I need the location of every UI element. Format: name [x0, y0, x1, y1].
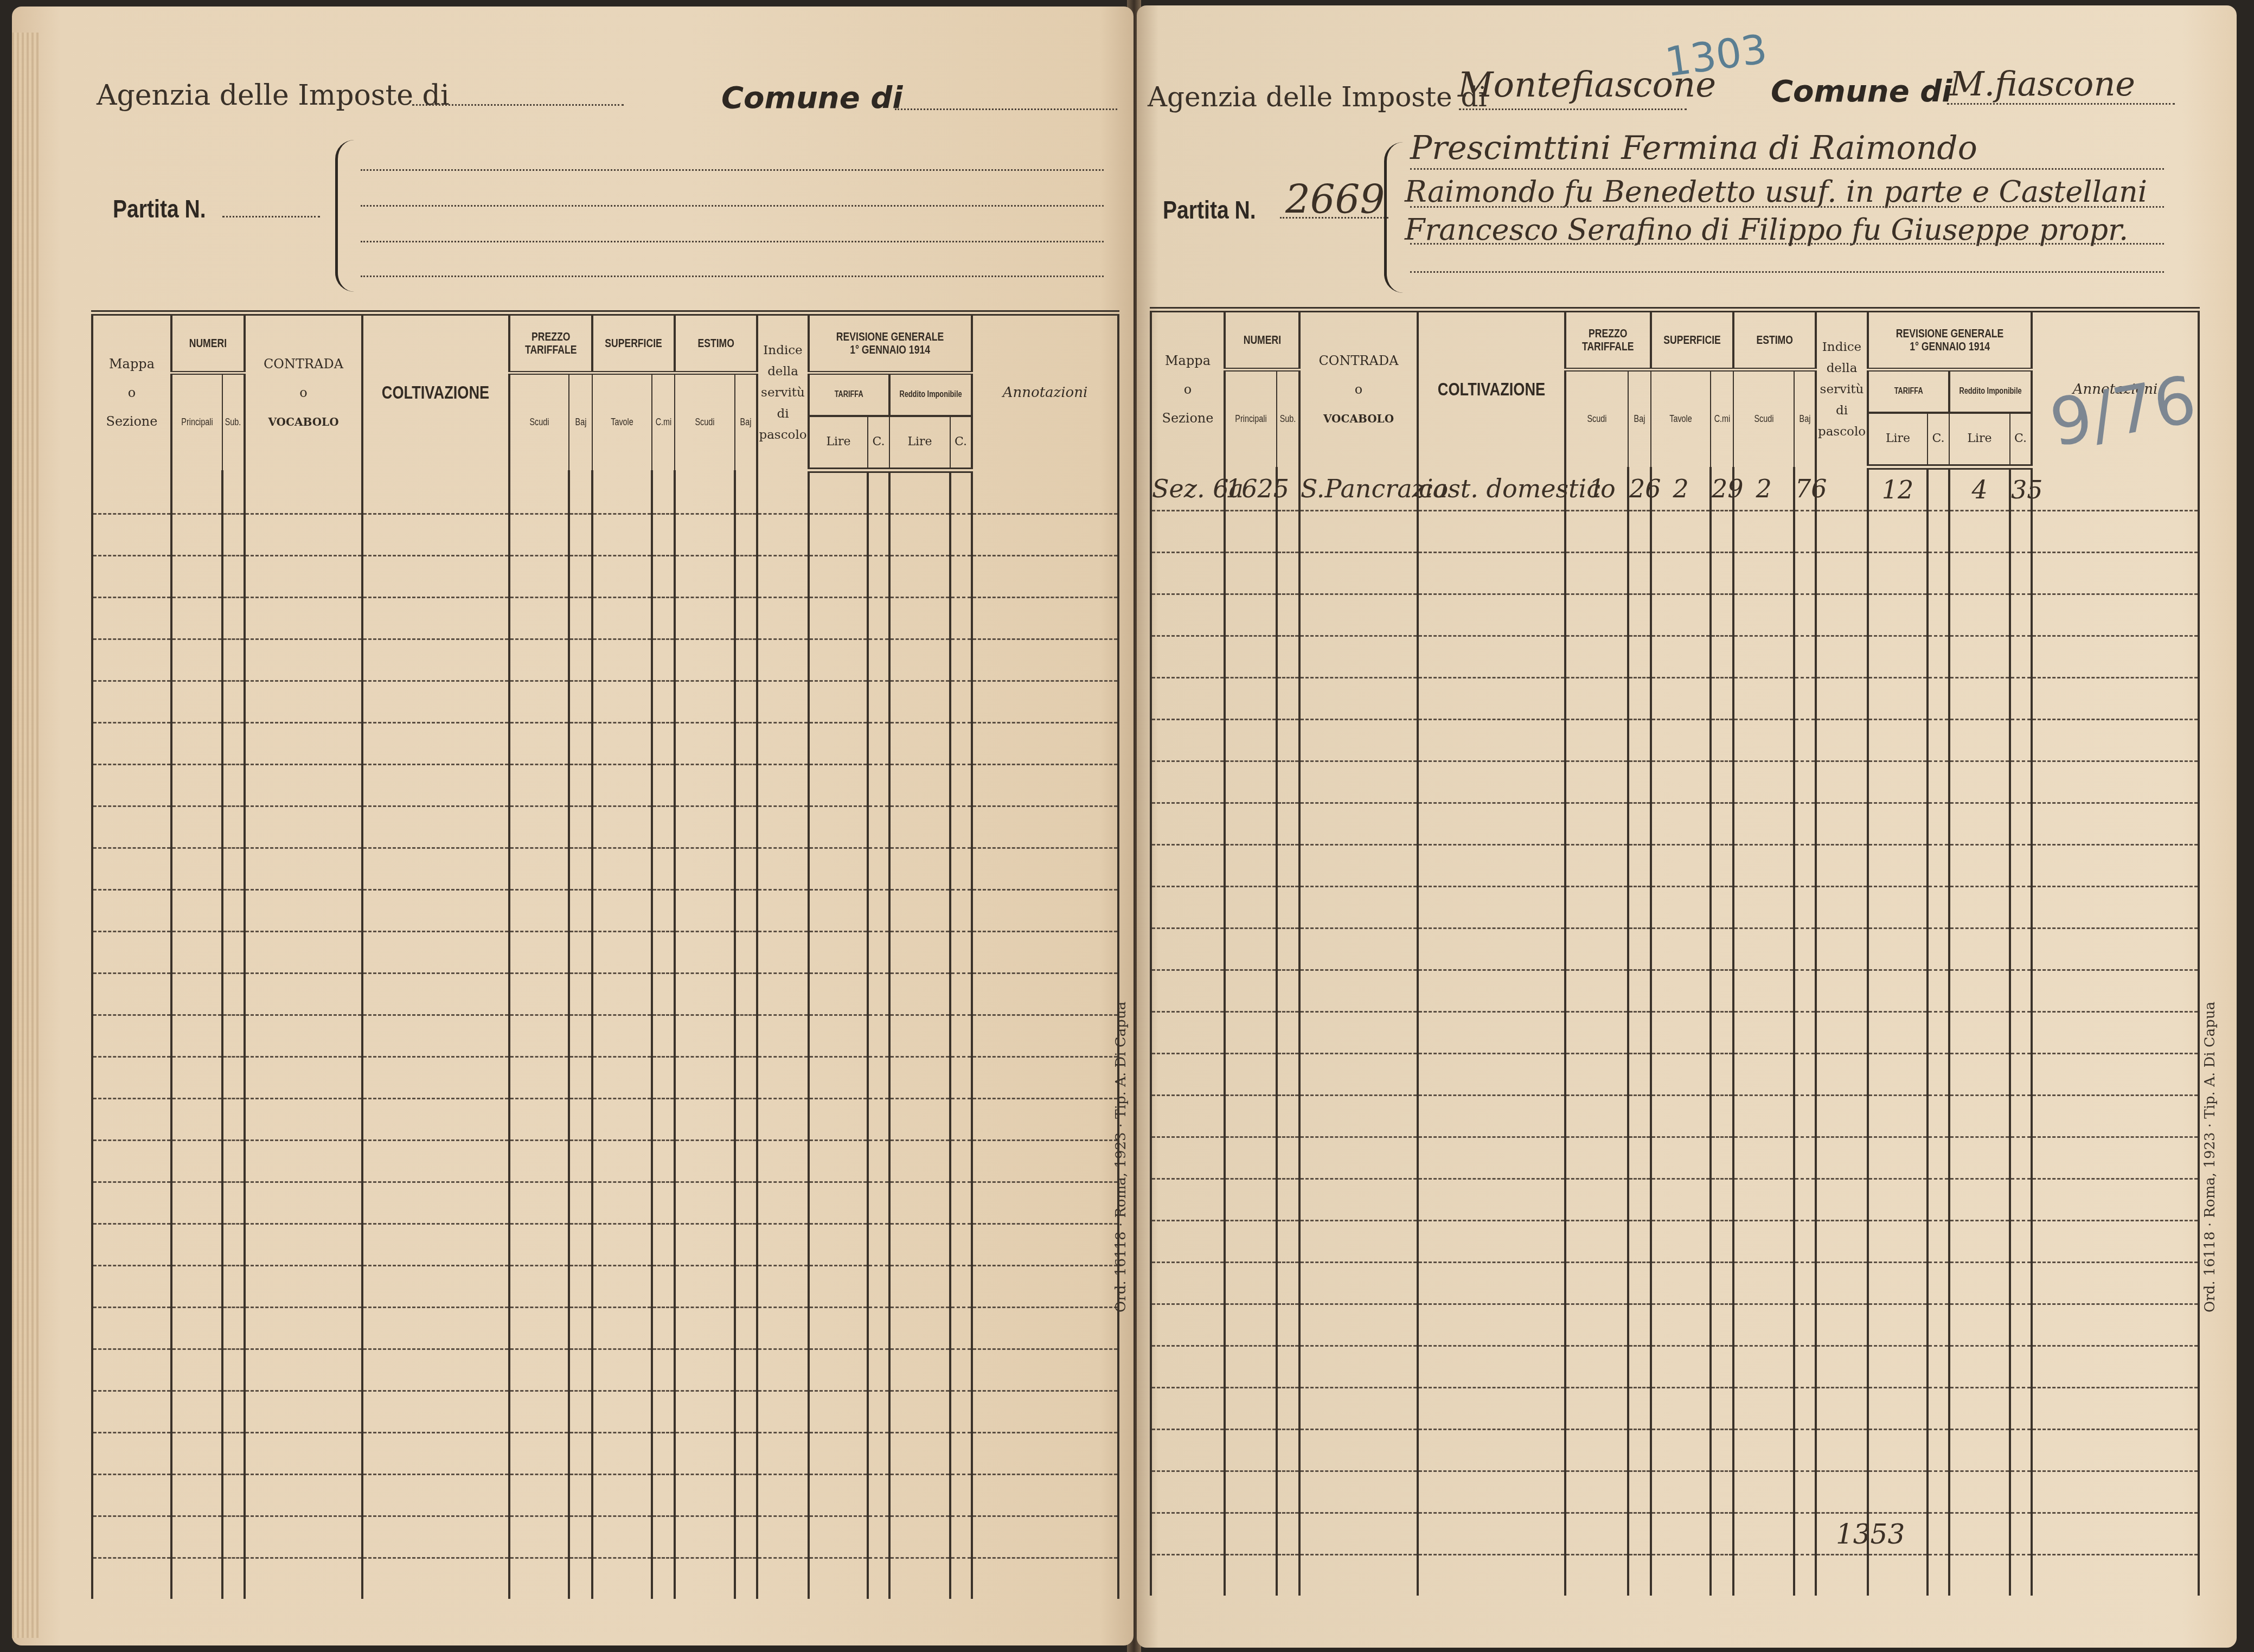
cell-superficie-tavole [1651, 720, 1711, 761]
cell-indice-pascolo [757, 598, 809, 639]
cell-coltivazione [362, 556, 509, 598]
cell-tariffa-lire [809, 1308, 868, 1349]
table-row [92, 1182, 1118, 1224]
cell-numero-principale [1225, 929, 1277, 970]
cell-coltivazione [1418, 1012, 1565, 1054]
cell-annotazioni [972, 1266, 1118, 1308]
cell-estimo-scudi [675, 723, 735, 765]
cell-numero-principale [171, 1182, 222, 1224]
right-owner-line-3: Francesco Serafino di Filippo fu Giusepp… [1405, 213, 2128, 247]
cell-reddito-lire [889, 1182, 950, 1224]
cell-contrada [1299, 761, 1418, 803]
cell-prezzo-baj [1628, 1471, 1651, 1513]
cell-estimo-baj [735, 1558, 757, 1599]
cell-tariffa-lire [809, 932, 868, 974]
cell-reddito-c [2010, 845, 2032, 887]
cell-tariffa-lire: 12 [1868, 467, 1928, 511]
cell-estimo-baj [1794, 887, 1816, 929]
cell-prezzo-baj [1628, 1179, 1651, 1221]
cell-annotazioni [972, 681, 1118, 723]
cell-estimo-scudi [1733, 803, 1794, 845]
cell-estimo-baj [1794, 1137, 1816, 1179]
header-reddito-c: C. [950, 416, 972, 470]
cell-coltivazione [362, 1182, 509, 1224]
cell-annotazioni [2032, 887, 2199, 929]
cell-annotazioni [2032, 803, 2199, 845]
cell-mappa-sezione [92, 1349, 171, 1391]
cell-estimo-baj [1794, 1263, 1816, 1304]
cell-estimo-baj [1794, 636, 1816, 678]
cell-superficie-cmi [652, 974, 675, 1015]
table-row [1151, 1221, 2199, 1263]
cell-annotazioni [2032, 511, 2199, 553]
cell-numero-principale [1225, 1221, 1277, 1263]
cell-prezzo-scudi [509, 1308, 569, 1349]
cell-numero-sub [222, 932, 245, 974]
cell-superficie-tavole [592, 765, 652, 806]
cell-estimo-scudi [675, 1057, 735, 1099]
cell-reddito-lire [1949, 1096, 2010, 1137]
cell-indice-pascolo [757, 723, 809, 765]
cell-superficie-cmi [652, 932, 675, 974]
cell-annotazioni [972, 598, 1118, 639]
cell-coltivazione [362, 1266, 509, 1308]
left-owner-line-1 [361, 169, 1104, 171]
cell-contrada [1299, 678, 1418, 720]
cell-estimo-scudi [675, 1224, 735, 1266]
cell-superficie-cmi [652, 1475, 675, 1516]
cell-estimo-scudi [675, 470, 735, 514]
cell-indice-pascolo [1816, 1137, 1868, 1179]
cell-tariffa-c [868, 806, 889, 848]
cell-numero-sub [1277, 970, 1299, 1012]
header-contrada: CONTRADAoVOCABOLO [245, 313, 362, 470]
cell-mappa-sezione [92, 1057, 171, 1099]
cell-prezzo-baj [569, 514, 592, 556]
cell-prezzo-scudi [509, 1266, 569, 1308]
cell-estimo-scudi [1733, 594, 1794, 636]
cell-annotazioni [2032, 1346, 2199, 1388]
cell-reddito-lire [889, 848, 950, 890]
cell-prezzo-baj [1628, 1304, 1651, 1346]
cell-annotazioni [2032, 845, 2199, 887]
cell-mappa-sezione [92, 514, 171, 556]
table-row [1151, 553, 2199, 594]
cell-estimo-baj [735, 1433, 757, 1475]
header-estimo-baj: Baj [735, 373, 757, 470]
cell-mappa-sezione [92, 470, 171, 514]
cell-numero-sub [1277, 1054, 1299, 1096]
cell-superficie-tavole [1651, 1012, 1711, 1054]
cell-prezzo-scudi [1565, 553, 1628, 594]
cell-superficie-cmi [652, 556, 675, 598]
cell-prezzo-baj [1628, 1430, 1651, 1471]
cell-indice-pascolo [1816, 1388, 1868, 1430]
cell-mappa-sezione [92, 556, 171, 598]
cell-estimo-baj [1794, 720, 1816, 761]
cell-estimo-baj [735, 514, 757, 556]
cell-indice-pascolo [757, 1266, 809, 1308]
cell-superficie-cmi [1711, 1096, 1733, 1137]
cell-annotazioni [2032, 1179, 2199, 1221]
cell-indice-pascolo [757, 974, 809, 1015]
cell-contrada [245, 639, 362, 681]
cell-indice-pascolo [757, 1057, 809, 1099]
cell-numero-principale [1225, 1346, 1277, 1388]
cell-tariffa-lire [809, 1349, 868, 1391]
cell-tariffa-lire [809, 1182, 868, 1224]
cell-prezzo-scudi [1565, 1346, 1628, 1388]
cell-annotazioni [972, 848, 1118, 890]
cell-mappa-sezione [92, 639, 171, 681]
cell-superficie-tavole [592, 1141, 652, 1182]
header-indice: Indicedellaservitùdipascolo [1816, 310, 1868, 467]
cell-superficie-cmi [652, 1391, 675, 1433]
cell-superficie-tavole [592, 890, 652, 932]
cell-prezzo-baj [1628, 1221, 1651, 1263]
cell-mappa-sezione [1151, 970, 1225, 1012]
cell-tariffa-c [1928, 845, 1949, 887]
cell-superficie-tavole [1651, 761, 1711, 803]
cell-estimo-baj [735, 681, 757, 723]
cell-indice-pascolo [757, 1391, 809, 1433]
cell-annotazioni [972, 1391, 1118, 1433]
cell-numero-sub [1277, 1388, 1299, 1430]
cell-prezzo-baj [569, 681, 592, 723]
cell-coltivazione [362, 1516, 509, 1558]
cell-prezzo-scudi [1565, 1221, 1628, 1263]
cell-numero-principale [1225, 678, 1277, 720]
table-row [92, 1057, 1118, 1099]
cell-indice-pascolo [757, 514, 809, 556]
cell-indice-pascolo [1816, 1221, 1868, 1263]
cell-indice-pascolo [1816, 1012, 1868, 1054]
cell-prezzo-baj [1628, 887, 1651, 929]
cell-annotazioni [972, 1558, 1118, 1599]
header-contrada: CONTRADAoVOCABOLO [1299, 310, 1418, 467]
cell-superficie-cmi [652, 470, 675, 514]
cell-prezzo-scudi [1565, 1054, 1628, 1096]
cell-tariffa-c [868, 848, 889, 890]
table-row [1151, 1388, 2199, 1430]
cell-annotazioni [2032, 1263, 2199, 1304]
cell-tariffa-c [1928, 887, 1949, 929]
cell-estimo-baj [735, 1015, 757, 1057]
cell-tariffa-lire [809, 639, 868, 681]
cell-estimo-baj [735, 806, 757, 848]
cell-tariffa-c [868, 974, 889, 1015]
cell-numero-sub [1277, 1513, 1299, 1555]
cell-annotazioni [972, 1349, 1118, 1391]
cell-numero-principale [171, 681, 222, 723]
cell-coltivazione [1418, 1263, 1565, 1304]
cell-annotazioni [2032, 1513, 2199, 1555]
left-register-table: MappaoSezione NUMERI CONTRADAoVOCABOLO C… [91, 310, 1119, 1599]
cell-prezzo-scudi [509, 1224, 569, 1266]
cell-numero-sub [222, 806, 245, 848]
cell-numero-sub [222, 1266, 245, 1308]
cell-annotazioni [972, 1141, 1118, 1182]
cell-reddito-lire [889, 890, 950, 932]
cell-prezzo-baj [569, 1266, 592, 1308]
table-row [1151, 1304, 2199, 1346]
cell-contrada [245, 1433, 362, 1475]
cell-prezzo-baj [569, 1349, 592, 1391]
left-agenzia-field [412, 104, 624, 106]
cell-tariffa-c [868, 1558, 889, 1599]
cell-contrada [1299, 845, 1418, 887]
header-tariffa-lire: Lire [1868, 413, 1928, 467]
cell-annotazioni [972, 514, 1118, 556]
cell-estimo-scudi [675, 1433, 735, 1475]
cell-contrada [1299, 1012, 1418, 1054]
cell-numero-sub [222, 765, 245, 806]
cell-numero-sub [222, 556, 245, 598]
cell-prezzo-scudi [1565, 1263, 1628, 1304]
cell-prezzo-baj [569, 1182, 592, 1224]
cell-numero-principale [1225, 553, 1277, 594]
cell-prezzo-baj [569, 1015, 592, 1057]
cell-mappa-sezione: Sez. 6a [1151, 467, 1225, 511]
table-row [92, 1266, 1118, 1308]
cell-tariffa-lire [809, 1141, 868, 1182]
cell-tariffa-c [868, 890, 889, 932]
right-owner-line-2: Raimondo fu Benedetto usuf. in parte e C… [1405, 175, 2147, 209]
cell-estimo-scudi [1733, 1179, 1794, 1221]
cell-reddito-lire [1949, 636, 2010, 678]
table-row [92, 1475, 1118, 1516]
cell-numero-sub [222, 1433, 245, 1475]
cell-numero-principale [1225, 1304, 1277, 1346]
cell-reddito-lire [889, 1099, 950, 1141]
cell-coltivazione [1418, 1555, 1565, 1596]
cell-tariffa-c [868, 1349, 889, 1391]
cell-prezzo-scudi [509, 1558, 569, 1599]
cell-tariffa-lire [1868, 1137, 1928, 1179]
cell-estimo-scudi [675, 1475, 735, 1516]
cell-reddito-lire [1949, 720, 2010, 761]
cell-coltivazione [362, 890, 509, 932]
cell-indice-pascolo [757, 765, 809, 806]
cell-estimo-scudi [1733, 887, 1794, 929]
cell-prezzo-scudi [1565, 1513, 1628, 1555]
cell-reddito-lire [1949, 1304, 2010, 1346]
cell-tariffa-c [868, 1433, 889, 1475]
header-prezzo-baj: Baj [1628, 369, 1651, 467]
cell-superficie-tavole [1651, 970, 1711, 1012]
cell-tariffa-c [1928, 1096, 1949, 1137]
cell-numero-principale [1225, 1513, 1277, 1555]
cell-superficie-cmi [1711, 1137, 1733, 1179]
cell-superficie-tavole [1651, 1054, 1711, 1096]
cell-tariffa-lire [809, 1099, 868, 1141]
cell-numero-sub [222, 1057, 245, 1099]
right-comune-value: M.fiascone [1950, 64, 2135, 104]
cell-tariffa-c [1928, 929, 1949, 970]
cell-superficie-cmi [1711, 970, 1733, 1012]
cell-numero-sub [1277, 887, 1299, 929]
header-estimo-scudi: Scudi [1733, 369, 1794, 467]
cell-numero-sub [1277, 1346, 1299, 1388]
cell-superficie-cmi [1711, 1179, 1733, 1221]
cell-mappa-sezione [1151, 636, 1225, 678]
cell-superficie-cmi [1711, 845, 1733, 887]
cell-numero-principale [171, 1433, 222, 1475]
cell-superficie-cmi: 29 [1711, 467, 1733, 511]
left-register-body [92, 470, 1118, 1599]
cell-annotazioni [2032, 467, 2199, 511]
cell-estimo-baj [1794, 1346, 1816, 1388]
cell-superficie-tavole [592, 598, 652, 639]
table-row [92, 1391, 1118, 1433]
right-partita-value: 2669 [1285, 177, 1385, 222]
cell-estimo-scudi [675, 1349, 735, 1391]
cell-coltivazione [1418, 845, 1565, 887]
cell-estimo-scudi [1733, 636, 1794, 678]
cell-contrada [1299, 1304, 1418, 1346]
right-partita-field [1280, 217, 1388, 219]
cell-superficie-cmi [652, 1308, 675, 1349]
cell-tariffa-c [868, 556, 889, 598]
cell-indice-pascolo [757, 1433, 809, 1475]
cell-reddito-c [950, 639, 972, 681]
cell-numero-sub [222, 890, 245, 932]
header-superficie: SUPERFICIE [1651, 310, 1733, 369]
right-agenzia-value: Montefiascone [1458, 65, 1716, 105]
cell-tariffa-lire [809, 974, 868, 1015]
cell-contrada [1299, 803, 1418, 845]
cell-estimo-baj [735, 1349, 757, 1391]
cell-annotazioni [972, 1182, 1118, 1224]
cell-prezzo-baj [1628, 1012, 1651, 1054]
cell-numero-sub [222, 1224, 245, 1266]
cell-estimo-baj [735, 974, 757, 1015]
cell-prezzo-baj [569, 1516, 592, 1558]
cell-numero-sub [222, 514, 245, 556]
table-row [92, 765, 1118, 806]
cell-superficie-tavole [592, 1475, 652, 1516]
cell-reddito-c [950, 806, 972, 848]
left-owner-brace [335, 140, 354, 292]
cell-superficie-cmi [652, 723, 675, 765]
cell-superficie-cmi [1711, 1054, 1733, 1096]
cell-indice-pascolo [1816, 929, 1868, 970]
cell-coltivazione [362, 639, 509, 681]
cell-prezzo-baj [569, 556, 592, 598]
header-coltivazione: COLTIVAZIONE [362, 313, 509, 470]
cell-contrada [245, 514, 362, 556]
cell-reddito-lire [1949, 1430, 2010, 1471]
cell-superficie-cmi [1711, 1430, 1733, 1471]
table-row [1151, 636, 2199, 678]
cell-annotazioni [2032, 678, 2199, 720]
cell-tariffa-lire [1868, 1304, 1928, 1346]
cell-contrada [1299, 1263, 1418, 1304]
cell-coltivazione [1418, 1054, 1565, 1096]
cell-superficie-cmi [1711, 594, 1733, 636]
cell-tariffa-lire [809, 890, 868, 932]
cell-estimo-scudi [1733, 1430, 1794, 1471]
cell-mappa-sezione [1151, 1471, 1225, 1513]
cell-estimo-scudi [675, 556, 735, 598]
cell-superficie-tavole [592, 1057, 652, 1099]
cell-tariffa-c [1928, 761, 1949, 803]
cell-tariffa-lire [809, 1475, 868, 1516]
cell-mappa-sezione [1151, 929, 1225, 970]
cell-coltivazione [362, 1057, 509, 1099]
cell-estimo-baj [1794, 678, 1816, 720]
cell-reddito-lire [889, 1475, 950, 1516]
cell-reddito-lire [1949, 845, 2010, 887]
cell-estimo-scudi [675, 1308, 735, 1349]
cell-tariffa-c [1928, 1388, 1949, 1430]
cell-tariffa-lire [1868, 845, 1928, 887]
cell-numero-principale [171, 1516, 222, 1558]
cell-numero-principale [1225, 1471, 1277, 1513]
right-agenzia-field [1459, 108, 1687, 110]
cell-reddito-lire [1949, 594, 2010, 636]
cell-superficie-tavole [592, 806, 652, 848]
cell-superficie-cmi [652, 1266, 675, 1308]
cell-reddito-lire [1949, 929, 2010, 970]
cell-tariffa-c [868, 470, 889, 514]
cell-annotazioni [972, 639, 1118, 681]
cell-prezzo-baj [1628, 803, 1651, 845]
cell-reddito-c [2010, 678, 2032, 720]
cell-reddito-c [950, 974, 972, 1015]
cell-numero-sub [1277, 1221, 1299, 1263]
cell-estimo-baj [1794, 553, 1816, 594]
cell-indice-pascolo [1816, 970, 1868, 1012]
cell-estimo-scudi [1733, 761, 1794, 803]
table-row [1151, 929, 2199, 970]
cell-numero-sub [222, 598, 245, 639]
cell-superficie-cmi [652, 1558, 675, 1599]
header-numeri: NUMERI [171, 313, 245, 373]
cell-coltivazione [1418, 1137, 1565, 1179]
cell-reddito-c [950, 1141, 972, 1182]
cell-estimo-baj [735, 1516, 757, 1558]
cell-estimo-baj [735, 1475, 757, 1516]
cell-reddito-c [950, 1349, 972, 1391]
cell-reddito-lire [889, 1224, 950, 1266]
cell-prezzo-baj [569, 1224, 592, 1266]
cell-prezzo-baj [569, 974, 592, 1015]
cell-numero-principale [1225, 1054, 1277, 1096]
header-principali: Principali [1225, 369, 1277, 467]
cell-annotazioni [972, 1057, 1118, 1099]
page-stack-edge [12, 33, 39, 1638]
cell-mappa-sezione [1151, 553, 1225, 594]
cell-prezzo-scudi [509, 556, 569, 598]
cell-numero-sub [1277, 720, 1299, 761]
cell-indice-pascolo [757, 1308, 809, 1349]
cell-tariffa-lire [1868, 594, 1928, 636]
cell-mappa-sezione [1151, 1012, 1225, 1054]
cell-numero-sub [222, 723, 245, 765]
cell-coltivazione [362, 1349, 509, 1391]
cell-prezzo-baj [1628, 1054, 1651, 1096]
cell-superficie-tavole [1651, 1430, 1711, 1471]
cell-coltivazione [362, 598, 509, 639]
cell-tariffa-lire [1868, 803, 1928, 845]
cell-annotazioni [972, 765, 1118, 806]
cell-superficie-cmi [652, 1141, 675, 1182]
cell-reddito-c [950, 470, 972, 514]
cell-estimo-baj [1794, 1555, 1816, 1596]
cell-tariffa-lire [1868, 511, 1928, 553]
cell-mappa-sezione [92, 1516, 171, 1558]
